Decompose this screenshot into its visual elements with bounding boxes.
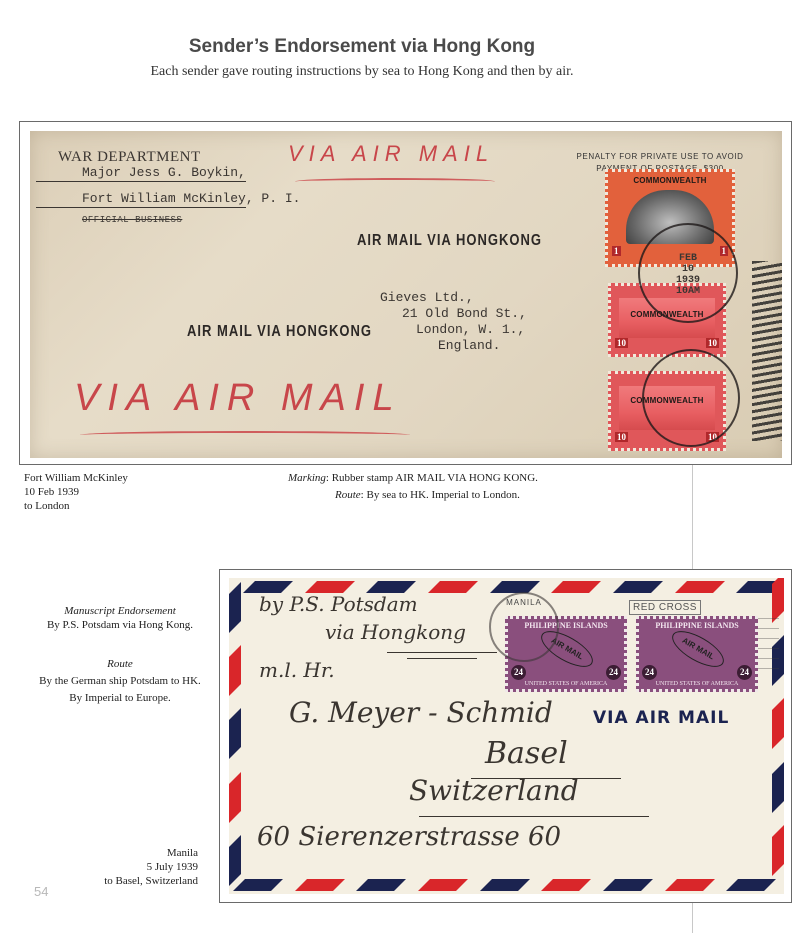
- stamp-value: 10: [706, 338, 719, 348]
- manuscript-via-air-mail-top: VIA AIR MAIL: [288, 141, 494, 167]
- airmail-stripe: [772, 578, 784, 623]
- postmark-month: FEB: [640, 253, 736, 264]
- sender-department: WAR DEPARTMENT: [58, 149, 201, 166]
- stamp-country-bottom: UNITED STATES OF AMERICA: [639, 681, 755, 687]
- manila-postmark: MANILA: [489, 592, 559, 662]
- caption-label: Manuscript Endorsement: [64, 605, 176, 617]
- airmail-stripe: [772, 762, 784, 813]
- manuscript-city: Basel: [485, 736, 568, 771]
- red-underline: [295, 178, 495, 185]
- manuscript-via-air-mail-bottom: VIA AIR MAIL: [74, 377, 402, 420]
- caption-label: Route: [107, 658, 133, 670]
- airmail-stripe: [356, 879, 406, 891]
- manuscript-street: 60 Sierenzerstrasse 60: [257, 822, 561, 852]
- airmail-stripe: [229, 582, 241, 633]
- stamp-country-bottom: UNITED STATES OF AMERICA: [508, 681, 624, 687]
- postmark-day: 10: [640, 264, 736, 275]
- postmark-time: 10AM: [640, 286, 736, 297]
- manuscript-line: m.l. Hr.: [259, 658, 335, 682]
- airmail-stripe: [295, 879, 345, 891]
- cover-2-envelope: by P.S. Potsdam via Hongkong m.l. Hr. G.…: [229, 578, 784, 894]
- stamp-value: 24: [511, 665, 526, 680]
- penalty-line: PENALTY FOR PRIVATE USE TO AVOID: [570, 151, 750, 163]
- underline: [419, 816, 649, 817]
- cover-2-route-caption: Route By the German ship Potsdam to HK. …: [20, 656, 220, 707]
- airmail-stripe: [551, 581, 601, 593]
- postmark-year: 1939: [640, 275, 736, 286]
- printed-via-air-mail: VIA AIR MAIL: [593, 708, 729, 728]
- duplex-cancel-bars: [752, 261, 782, 441]
- caption-text: : Rubber stamp AIR MAIL VIA HONG KONG.: [326, 472, 538, 484]
- airmail-stripe: [772, 825, 784, 876]
- addressee-block: Gieves Ltd., 21 Old Bond St., London, W.…: [380, 290, 527, 354]
- airmail-stripe: [613, 581, 663, 593]
- airmail-stripe: [229, 708, 241, 759]
- underline: [387, 652, 497, 653]
- airmail-stripe: [675, 581, 725, 593]
- red-underline: [80, 431, 410, 439]
- stamp-value: 24: [642, 665, 657, 680]
- caption-line: 10 Feb 1939: [24, 485, 128, 499]
- airmail-stripe: [229, 772, 241, 823]
- stamp-value: 1: [612, 246, 621, 256]
- cover-1-origin-caption: Fort William McKinley 10 Feb 1939 to Lon…: [24, 471, 128, 513]
- airmail-stripe: [490, 581, 540, 593]
- caption-line: to London: [24, 499, 128, 513]
- postmark-circle: [642, 349, 740, 447]
- rule: [36, 181, 246, 182]
- stamp-value: 10: [615, 432, 628, 442]
- airmail-stripe: [541, 879, 591, 891]
- stamp-value: 24: [737, 665, 752, 680]
- cover-1-envelope: WAR DEPARTMENT Major Jess G. Boykin, For…: [30, 131, 782, 458]
- airmail-stripe: [480, 879, 530, 891]
- caption-text: : By sea to HK. Imperial to London.: [361, 489, 520, 501]
- caption-text: By P.S. Potsdam via Hong Kong.: [20, 618, 220, 632]
- caption-line: By the German ship Potsdam to HK.: [20, 673, 220, 690]
- airmail-stripe: [772, 698, 784, 749]
- manuscript-addressee: G. Meyer - Schmid: [289, 696, 553, 729]
- cover-2-endorsement-caption: Manuscript Endorsement By P.S. Potsdam v…: [20, 604, 220, 632]
- slogan-cancel: RED CROSS: [629, 600, 701, 615]
- manuscript-line: via Hongkong: [325, 620, 466, 644]
- manuscript-line: by P.S. Potsdam: [259, 592, 418, 616]
- caption-line: By Imperial to Europe.: [20, 690, 220, 707]
- rubber-stamp-air-mail-via-hongkong: AIR MAIL VIA HONGKONG: [357, 231, 542, 249]
- rubber-stamp-air-mail-via-hongkong: AIR MAIL VIA HONGKONG: [187, 322, 372, 340]
- stamp-country: PHILIPPINE ISLANDS: [639, 621, 755, 630]
- airmail-stripe: [726, 879, 776, 891]
- caption-label: Route: [335, 489, 361, 501]
- stamp-overprint: AIR MAIL: [667, 624, 729, 674]
- addressee-line: Gieves Ltd.,: [380, 290, 527, 306]
- page-subtitle: Each sender gave routing instructions by…: [0, 64, 724, 80]
- official-business: OFFICIAL BUSINESS: [82, 215, 182, 225]
- stamp-value: 24: [606, 665, 621, 680]
- cover-1-marking-caption: Marking: Rubber stamp AIR MAIL VIA HONG …: [288, 471, 538, 485]
- addressee-line: 21 Old Bond St.,: [380, 306, 527, 322]
- airmail-border-left: [229, 588, 241, 894]
- caption-line: Fort William McKinley: [24, 471, 128, 485]
- airmail-stripe: [229, 835, 241, 886]
- airmail-stripe: [603, 879, 653, 891]
- airmail-border-bottom: [239, 879, 784, 891]
- postmark-city: MANILA: [491, 598, 557, 607]
- caption-label: Marking: [288, 472, 326, 484]
- airmail-stripe: [428, 581, 478, 593]
- sender-name: Major Jess G. Boykin,: [82, 165, 246, 180]
- caption-line: 5 July 1939: [20, 860, 198, 874]
- airmail-stripe: [229, 645, 241, 696]
- pencil-page-number: 54: [34, 884, 48, 899]
- cover-1-route-caption: Route: By sea to HK. Imperial to London.: [335, 488, 520, 502]
- stamp-24c-air-mail: PHILIPPINE ISLANDS AIR MAIL 24 24 UNITED…: [636, 616, 758, 692]
- stamp-overprint: COMMONWEALTH: [608, 176, 732, 185]
- page-title: Sender’s Endorsement via Hong Kong: [0, 36, 724, 58]
- addressee-line: England.: [380, 338, 527, 354]
- addressee-line: London, W. 1.,: [380, 322, 527, 338]
- guide-line: [692, 462, 693, 570]
- manuscript-country: Switzerland: [409, 774, 579, 807]
- guide-line: [692, 900, 693, 933]
- rule: [36, 207, 246, 208]
- sender-location: Fort William McKinley, P. I.: [82, 191, 300, 206]
- caption-line: Manila: [20, 846, 198, 860]
- stamp-value: 10: [615, 338, 628, 348]
- underline: [407, 658, 477, 659]
- airmail-stripe: [418, 879, 468, 891]
- cover-2-origin-caption: Manila 5 July 1939 to Basel, Switzerland: [20, 846, 198, 888]
- postmark-circle: FEB 10 1939 10AM: [638, 223, 738, 323]
- airmail-stripe: [665, 879, 715, 891]
- postmark-date: FEB 10 1939 10AM: [640, 253, 736, 297]
